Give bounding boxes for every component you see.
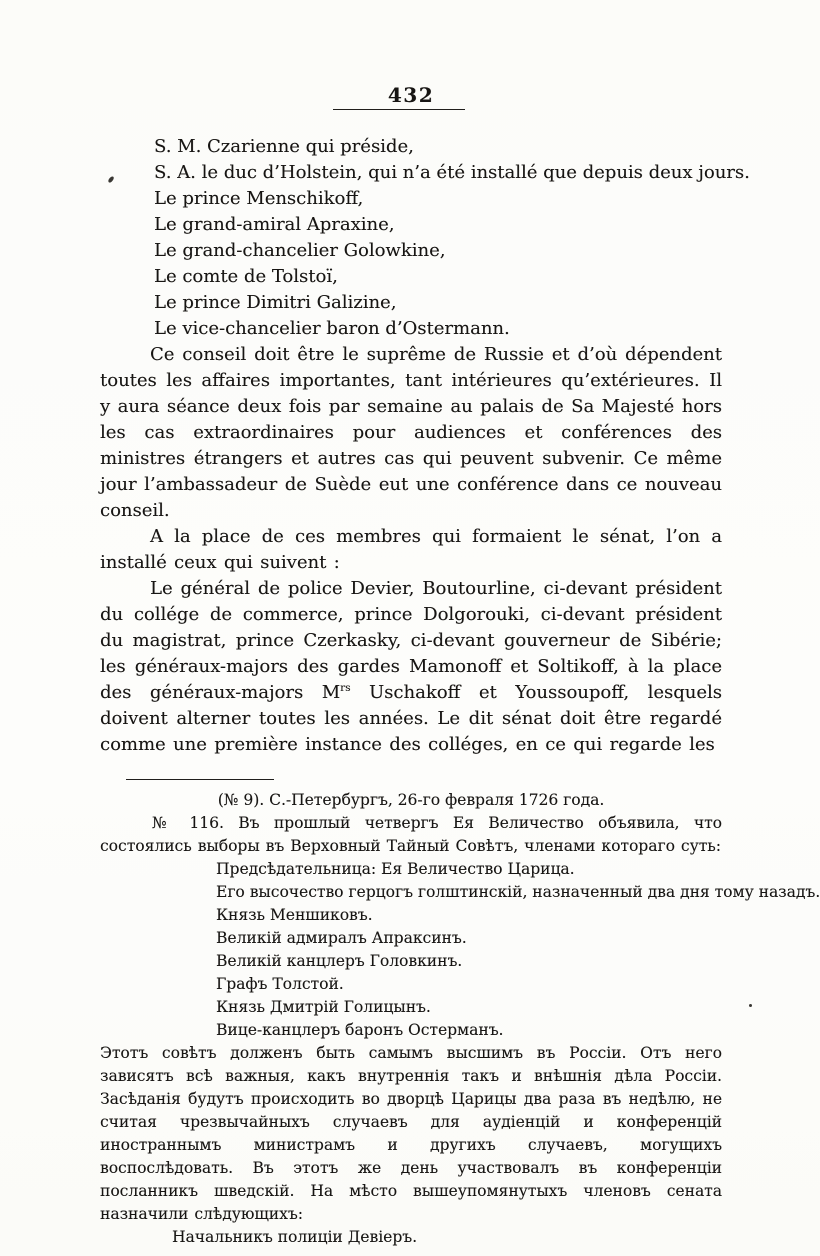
list-item: Великій адмиралъ Апраксинъ. [216, 927, 722, 950]
list-item: Графъ Толстой. [216, 973, 722, 996]
main-text: S. M. Czarienne qui préside, S. A. le du… [100, 134, 722, 758]
list-item: Le comte de Tolstoï, [154, 264, 722, 290]
list-item: Его высочество герцогъ голштинскій, назн… [216, 881, 722, 904]
list-item: S. M. Czarienne qui préside, [154, 134, 722, 160]
footnote-closing: Этотъ совѣтъ долженъ быть самымъ высшимъ… [100, 1042, 722, 1226]
list-item: Вице-канцлеръ баронъ Остерманъ. [216, 1019, 722, 1042]
council-member-list: S. M. Czarienne qui préside, S. A. le du… [154, 134, 722, 342]
list-item: Великій канцлеръ Головкинъ. [216, 950, 722, 973]
book-page: 432 S. M. Czarienne qui préside, S. A. l… [0, 0, 820, 1256]
footnote-member-list: Предсѣдательница: Ея Величество Царица. … [216, 858, 722, 1042]
paragraph-new-senate: Le général de police Devier, Boutourline… [100, 576, 722, 758]
list-item: S. A. le duc d’Holstein, qui n’a été ins… [154, 160, 722, 186]
list-item: Le grand-amiral Apraxine, [154, 212, 722, 238]
footnote-opening: № 116. Въ прошлый четвергъ Ея Величество… [100, 812, 722, 858]
list-item: Князь Меншиковъ. [216, 904, 722, 927]
messieurs-superscript: rs [340, 682, 350, 694]
page-number-rule [333, 109, 465, 110]
list-item: Le vice-chancelier baron d’Ostermann. [154, 316, 722, 342]
ink-speck-icon [749, 1004, 752, 1007]
list-item: Le prince Dimitri Galizine, [154, 290, 722, 316]
footnote-separator-rule [126, 779, 274, 780]
footnote-dateline: (№ 9). С.-Петербургъ, 26-го февраля 1726… [100, 789, 722, 812]
footnote: (№ 9). С.-Петербургъ, 26-го февраля 1726… [100, 789, 722, 1249]
list-item: Le prince Menschikoff, [154, 186, 722, 212]
list-item: Князь Дмитрій Голицынъ. [216, 996, 722, 1019]
list-item: Предсѣдательница: Ея Величество Царица. [216, 858, 722, 881]
list-item: Le grand-chancelier Golowkine, [154, 238, 722, 264]
footnote-signature: Начальникъ полиціи Девіеръ. [172, 1226, 722, 1249]
page-number: 432 [100, 84, 722, 106]
page-header: 432 [100, 84, 722, 110]
paragraph-council: Ce conseil doit être le suprême de Russi… [100, 342, 722, 524]
paragraph-senate-intro: A la place de ces membres qui formaient … [100, 524, 722, 576]
